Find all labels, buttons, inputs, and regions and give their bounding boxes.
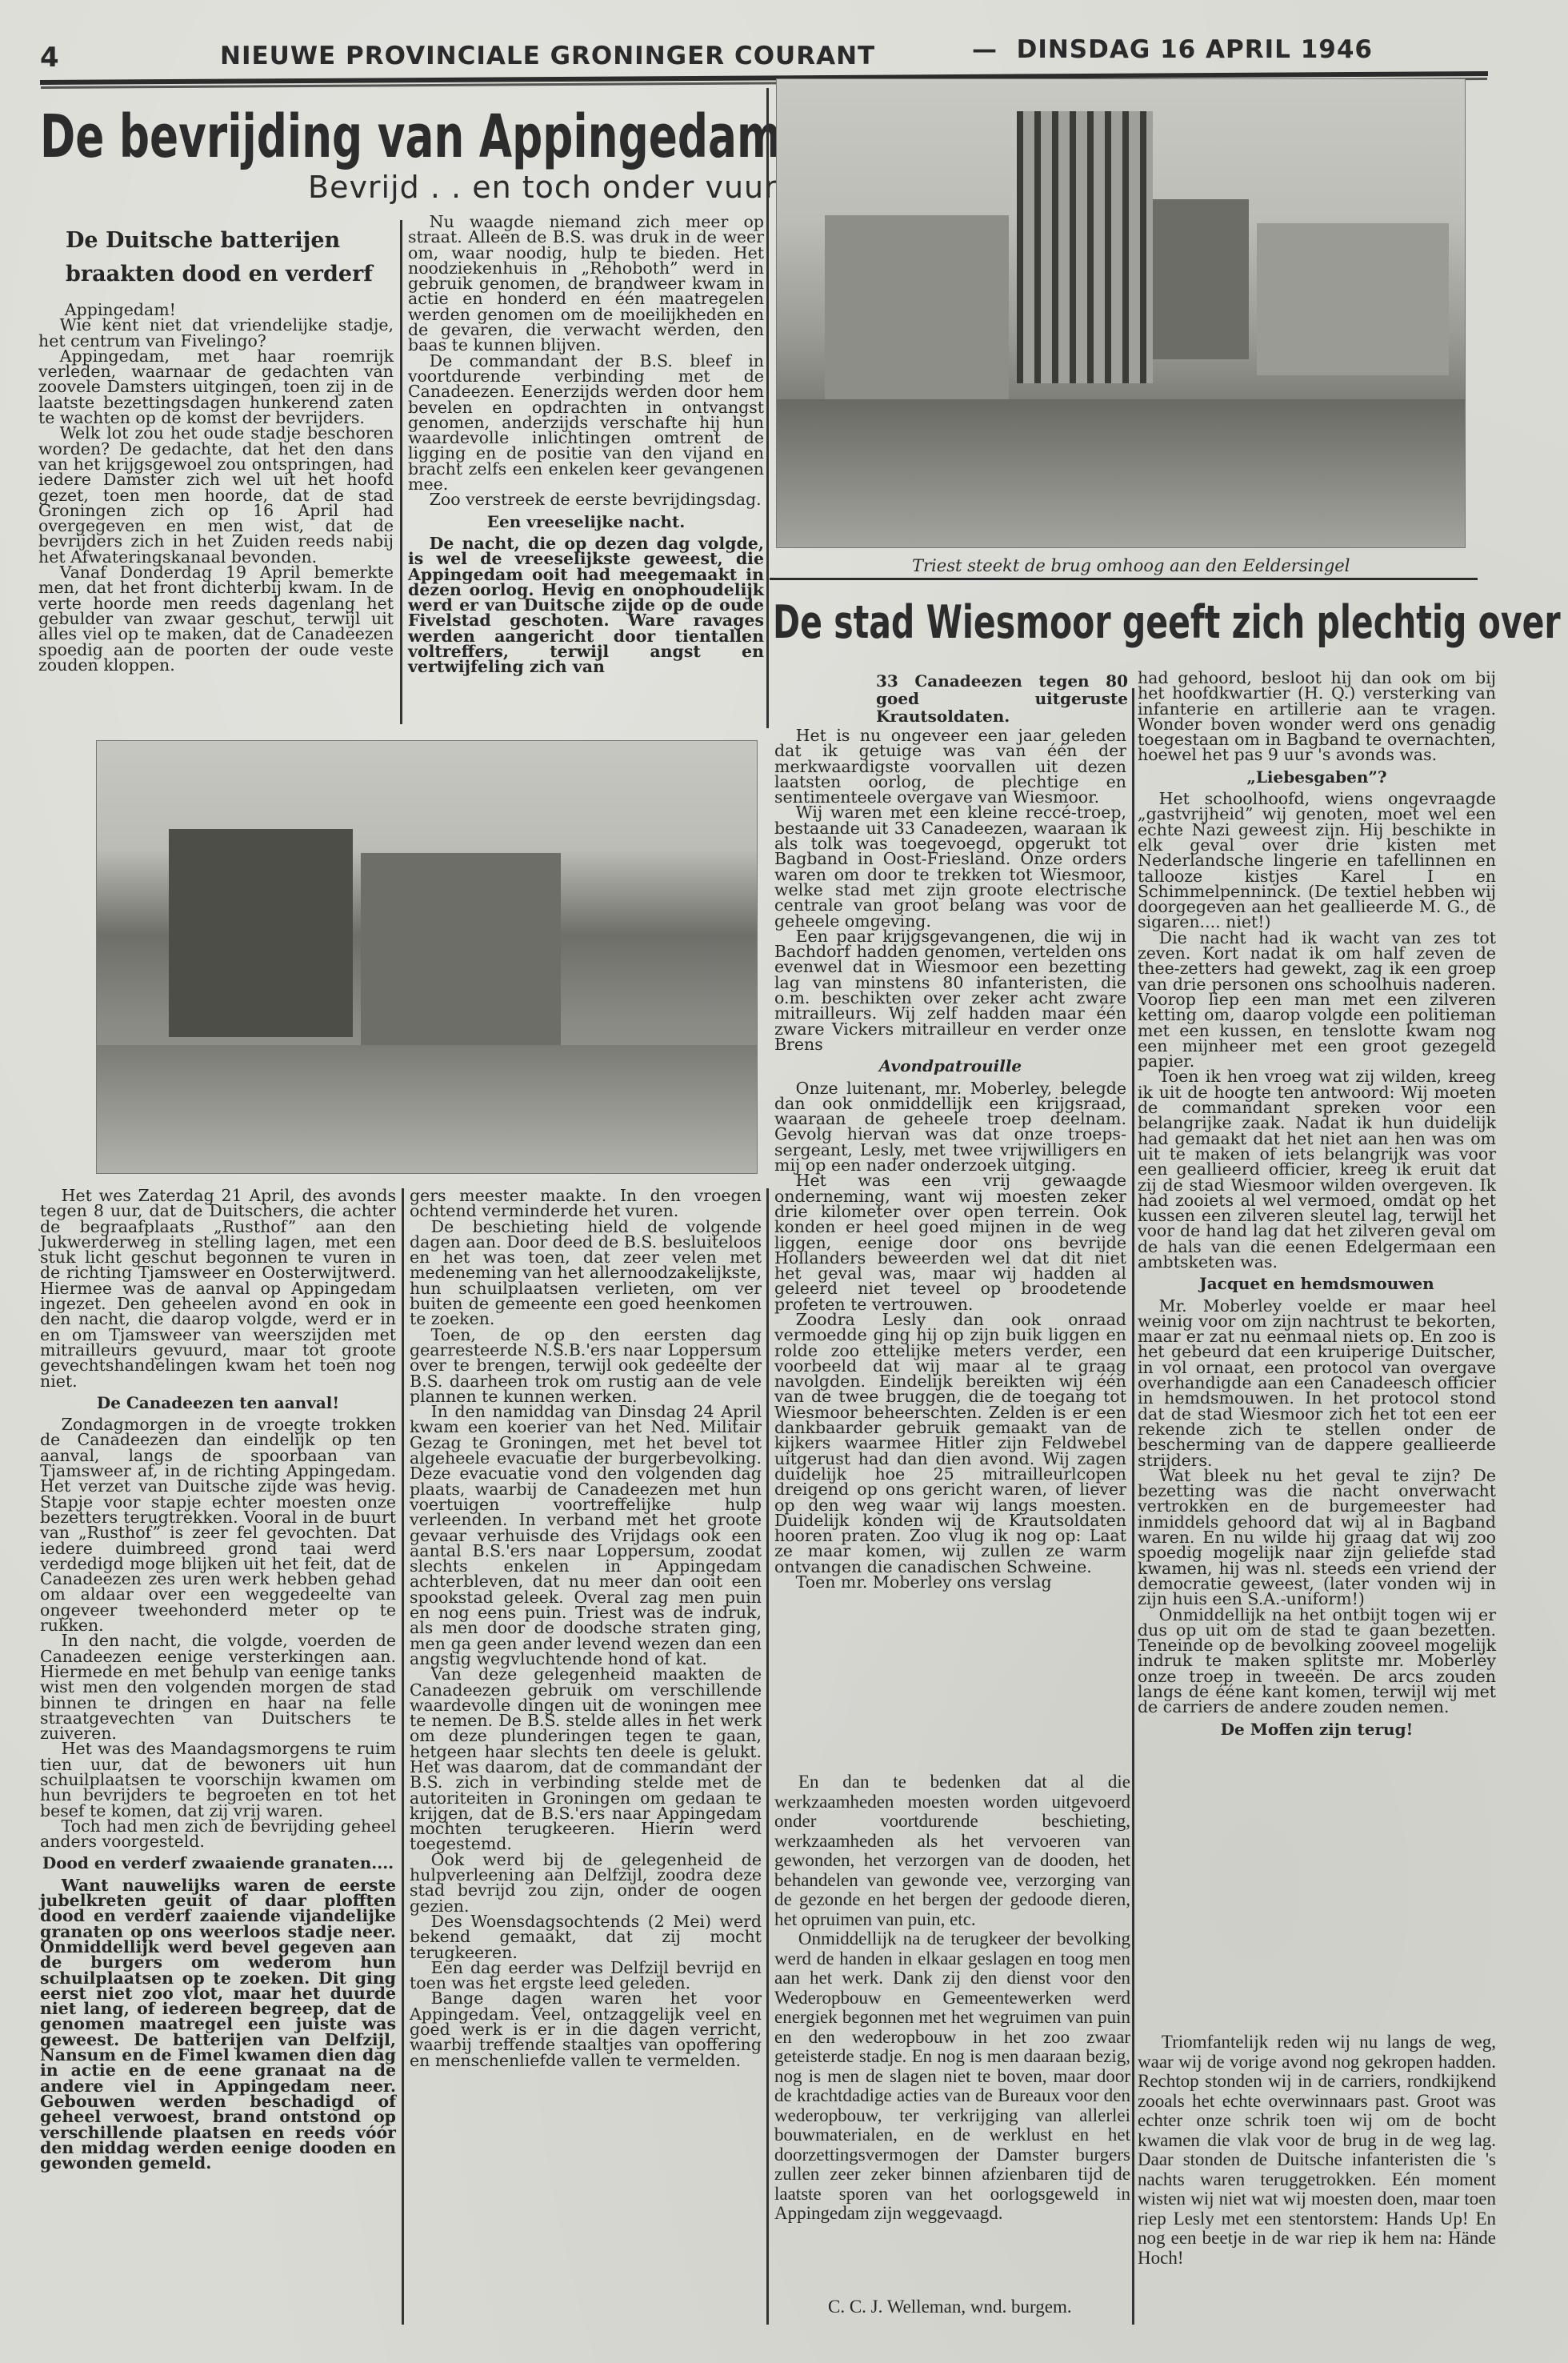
article2-col-b-end: Triomfantelijk reden wij nu langs de weg… xyxy=(1138,2033,1496,2268)
subheading-jacquet-en-hemdsmouwen: Jacquet en hemdsmouwen xyxy=(1138,1276,1496,1292)
article1-deck: Bevrijd . . en toch onder vuur xyxy=(308,170,778,205)
column-divider xyxy=(1132,688,1134,2325)
article1-headline: De bevrijding van Appingedam xyxy=(40,102,782,171)
article2-col-b: had gehoord, besloot hij dan ook om bij … xyxy=(1138,671,1496,1744)
article2-headline: De stad Wiesmoor geeft zich plechtig ove… xyxy=(773,596,1561,649)
subheading-een-vreeselijke-nacht: Een vreeselijke nacht. xyxy=(408,515,764,530)
column-divider xyxy=(402,1188,404,2325)
page-number: 4 xyxy=(40,42,60,74)
article1-col2-bottom: gers meester maakte. In den vroegen ocht… xyxy=(410,1188,762,2069)
column-divider xyxy=(766,88,769,728)
newspaper-page: 4 NIEUWE PROVINCIALE GRONINGER COURANT —… xyxy=(0,0,1568,2363)
caption-rule xyxy=(770,578,1478,580)
photo-ruined-houses xyxy=(96,740,758,1174)
subheading-canadeezen-ten-aanval: De Canadeezen ten aanval! xyxy=(40,1396,396,1411)
masthead: 4 NIEUWE PROVINCIALE GRONINGER COURANT —… xyxy=(40,32,1488,72)
article1-col2-top: Nu waagde niemand zich meer op straat. A… xyxy=(408,214,764,675)
issue-date: — DINSDAG 16 APRIL 1946 xyxy=(972,35,1373,64)
subheading-avondpatrouille: Avondpatrouille xyxy=(774,1059,1126,1074)
article1-col1-bottom: Het wes Zaterdag 21 April, des avonds te… xyxy=(40,1188,396,2171)
column-divider xyxy=(766,1188,769,2325)
article1-signature: C. C. J. Welleman, wnd. burgem. xyxy=(828,2297,1072,2317)
article1-col1-top: Appingedam! Wie kent niet dat vriendelij… xyxy=(38,302,394,673)
subheading-de-moffen-zijn-terug: De Moffen zijn terug! xyxy=(1138,1722,1496,1737)
article2-subheadline: 33 Canadeezen tegen 80 goed uitgeruste K… xyxy=(876,672,1128,725)
article2-col-a: Het is nu ongeveer een jaar geleden dat … xyxy=(774,728,1126,1590)
newspaper-title: NIEUWE PROVINCIALE GRONINGER COURANT xyxy=(220,42,875,70)
photo-bridge-eeldersingel xyxy=(776,78,1466,548)
subheading-dood-en-verderf: Dood en verderf zwaaiende granaten.... xyxy=(40,1856,396,1871)
article1-subheadline: De Duitsche batterijen braakten dood en … xyxy=(66,224,394,291)
article1-col3-bottom: En dan te bedenken dat al die werkzaamhe… xyxy=(774,1772,1130,2224)
photo-caption: Triest steekt de brug omhoog aan den Eel… xyxy=(912,556,1350,575)
subheading-liebesgaben: „Liebesgaben”? xyxy=(1138,770,1496,785)
column-divider xyxy=(400,220,402,724)
